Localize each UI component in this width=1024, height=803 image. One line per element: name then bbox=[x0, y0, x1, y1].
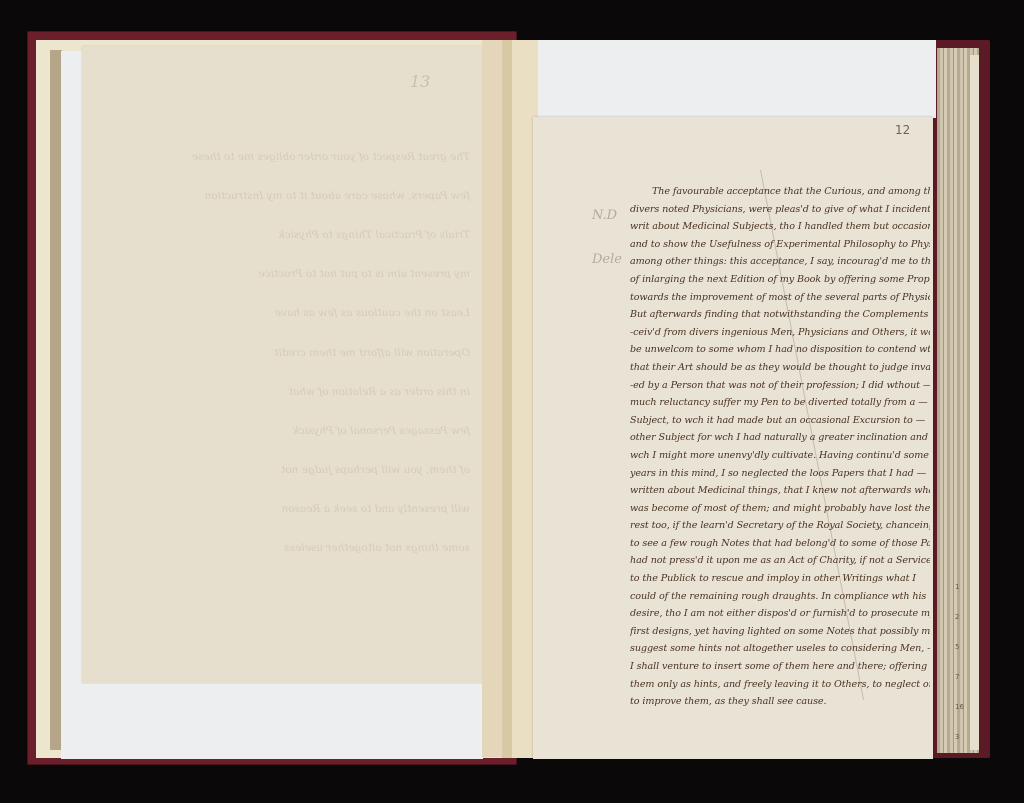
manuscript-line: that their Art should be as they would b… bbox=[630, 359, 930, 377]
left-folio-ghost: 13 bbox=[410, 72, 430, 91]
manuscript-line: other Subject for wch I had naturally a … bbox=[630, 429, 930, 447]
manuscript-line: was become of most of them; and might pr… bbox=[630, 500, 930, 518]
bleed-line: Trials of Practical Things to Physick bbox=[110, 226, 470, 246]
manuscript-line: them only as hints, and freely leaving i… bbox=[630, 676, 930, 694]
manuscript-line: and to show the Usefulness of Experiment… bbox=[630, 236, 930, 254]
manuscript-line: of inlarging the next Edition of my Book… bbox=[630, 271, 930, 289]
manuscript-line: -ed by a Person that was not of their pr… bbox=[630, 377, 930, 395]
bleed-line: my present aim is to put not to Practice bbox=[110, 265, 470, 285]
manuscript-line: to improve them, as they shall see cause… bbox=[630, 693, 930, 711]
bleed-line: The great Respect of your order obliges … bbox=[110, 148, 470, 168]
bleed-line: Least on the cautious as few as have bbox=[110, 304, 470, 324]
manuscript-line: wch I might more unenvy'dly cultivate. H… bbox=[630, 447, 930, 465]
gutter-fold-left bbox=[482, 40, 502, 757]
manuscript-line: be unwelcom to some whom I had no dispos… bbox=[630, 341, 930, 359]
manuscript-line: to the Publick to rescue and imploy in o… bbox=[630, 570, 930, 588]
manuscript-line: to see a few rough Notes that had belong… bbox=[630, 535, 930, 553]
pencil-margin-note: N.D Dele bbox=[592, 183, 622, 293]
bleed-line: some things not altogether useless bbox=[110, 539, 470, 559]
manuscript-line: towards the improvement of most of the s… bbox=[630, 289, 930, 307]
manuscript-line: could of the remaining rough draughts. I… bbox=[630, 588, 930, 606]
mount-backing-right bbox=[538, 40, 936, 118]
gutter-spine bbox=[502, 40, 512, 758]
manuscript-line: had not press'd it upon me as an Act of … bbox=[630, 552, 930, 570]
manuscript-line: years in this mind, I so neglected the l… bbox=[630, 465, 930, 483]
manuscript-line: divers noted Physicians, were pleas'd to… bbox=[630, 201, 930, 219]
left-bleed-through-text: The great Respect of your order obliges … bbox=[110, 128, 470, 579]
manuscript-text: The favourable acceptance that the Curio… bbox=[630, 183, 930, 711]
manuscript-line: desire, tho I am not either dispos'd or … bbox=[630, 605, 930, 623]
bleed-line: few Papers, whose care about it to my In… bbox=[110, 187, 470, 207]
bleed-line: will presently and to seek a Reason bbox=[110, 500, 470, 520]
manuscript-line: Subject, to wch it had made but an occas… bbox=[630, 412, 930, 430]
bleed-line: in this order as a Relation of what bbox=[110, 383, 470, 403]
manuscript-line: much reluctancy suffer my Pen to be dive… bbox=[630, 394, 930, 412]
manuscript-line: first designs, yet having lighted on som… bbox=[630, 623, 930, 641]
fore-edge-marks: 1 2 5 7 16 3 bbox=[955, 565, 964, 760]
manuscript-line: The favourable acceptance that the Curio… bbox=[630, 183, 930, 201]
manuscript-line: But afterwards finding that notwithstand… bbox=[630, 306, 930, 324]
manuscript-line: I shall venture to insert some of them h… bbox=[630, 658, 930, 676]
bleed-line: of them, you will perhaps judge not bbox=[110, 461, 470, 481]
manuscript-line: -ceiv'd from divers ingenious Men, Physi… bbox=[630, 324, 930, 342]
manuscript-line: writ about Medicinal Subjects, tho I han… bbox=[630, 218, 930, 236]
manuscript-line: suggest some hints not altogether useles… bbox=[630, 640, 930, 658]
manuscript-line: among other things: this acceptance, I s… bbox=[630, 253, 930, 271]
folio-number: 12 bbox=[895, 123, 910, 137]
endpaper-right bbox=[970, 55, 979, 750]
bleed-line: Operation will afford me them credit bbox=[110, 344, 470, 364]
manuscript-line: rest too, if the learn'd Secretary of th… bbox=[630, 517, 930, 535]
bleed-line: few Passages Personal of Physick bbox=[110, 422, 470, 442]
manuscript-line: written about Medicinal things, that I k… bbox=[630, 482, 930, 500]
